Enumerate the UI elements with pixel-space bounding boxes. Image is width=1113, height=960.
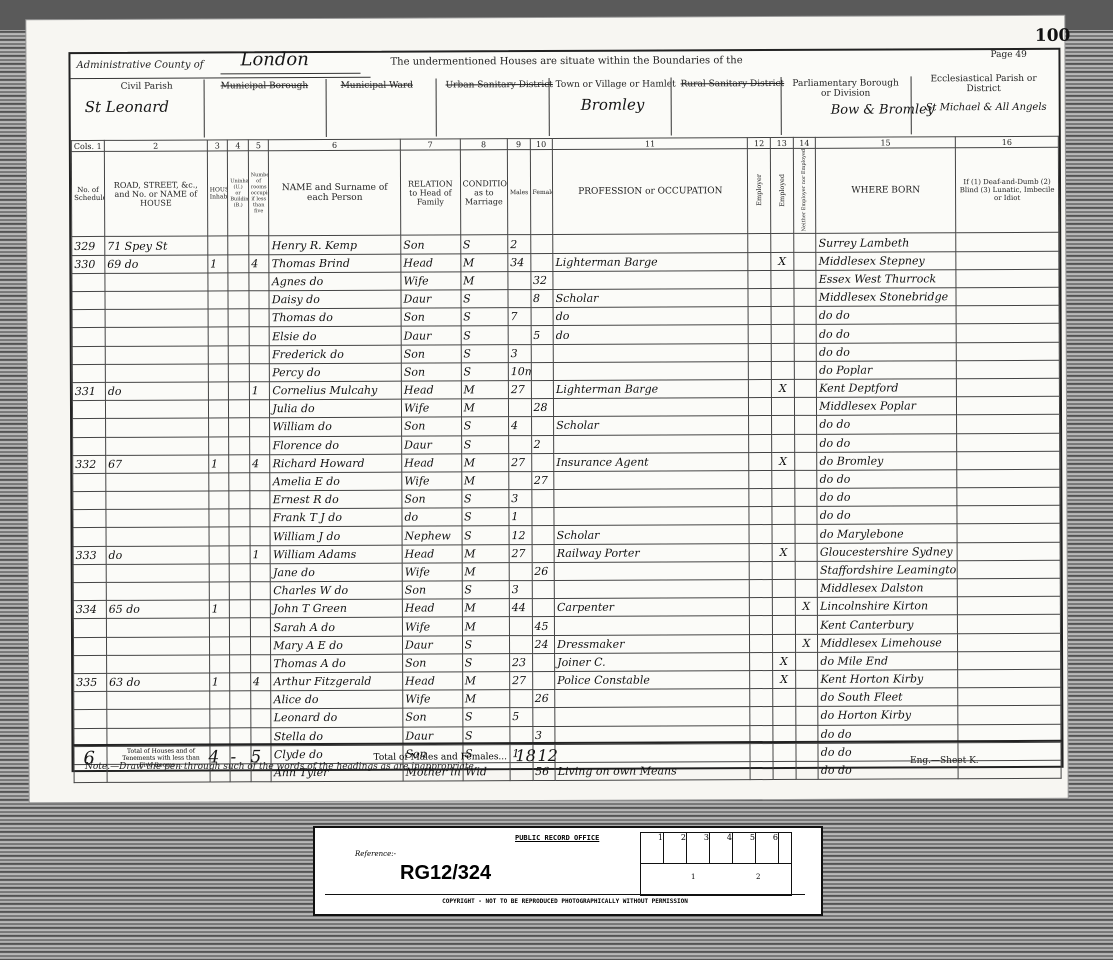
cell-rooms: [249, 400, 270, 418]
cell-rooms: [250, 582, 271, 600]
cell-rooms: [250, 509, 271, 527]
cell-condition: M: [461, 381, 508, 399]
cell-empty: [956, 251, 1059, 270]
cell-female-age: [531, 380, 554, 398]
cell-born: Middlesex Dalston: [818, 579, 958, 598]
cell-male-age: 44: [509, 599, 532, 617]
cell-relation: Head: [402, 599, 462, 617]
cell-born: do Horton Kirby: [818, 706, 958, 725]
cell-inhabited: [208, 309, 229, 327]
admin-county-label: Administrative County of: [76, 59, 203, 71]
cell-occupation: Scholar: [553, 289, 748, 308]
cell-name: Charles W do: [271, 581, 403, 600]
col-num-9: 9: [507, 139, 530, 150]
header-name: NAME and Surname of each Person: [269, 150, 401, 236]
cell-empty: [956, 360, 1059, 379]
cell-occupation: Scholar: [554, 416, 749, 435]
header-address: ROAD, STREET, &c., and No. or NAME of HO…: [104, 151, 207, 237]
cell-condition: S: [462, 653, 509, 671]
cell-name: Thomas Brind: [269, 254, 401, 273]
cell-address: [106, 509, 209, 528]
cell-address: [107, 709, 210, 728]
cell-relation: Son: [402, 581, 462, 599]
cell-employed: X: [773, 652, 796, 670]
cell-empty: [228, 254, 249, 272]
cell-schedule: [72, 273, 105, 291]
cell-empty: [228, 236, 249, 254]
cell-relation: Head: [401, 381, 461, 399]
header-infirmity: If (1) Deaf-and-Dumb (2) Blind (3) Lunat…: [955, 147, 1058, 233]
header-occupation: PROFESSION or OCCUPATION: [552, 149, 748, 235]
cell-employer: [750, 543, 773, 561]
cell-male-age: 5: [510, 708, 533, 726]
cell-condition: S: [461, 435, 508, 453]
header-schedule: No. of Schedule: [71, 151, 104, 237]
cell-relation: Wife: [401, 272, 461, 290]
cell-employed: [772, 434, 795, 452]
cell-neither: [794, 307, 817, 325]
col-num-15: 15: [816, 137, 956, 149]
col-num-13: 13: [770, 137, 793, 148]
col-num-1: Cols. 1: [71, 140, 104, 151]
cell-occupation: [553, 361, 748, 380]
cell-empty: [957, 524, 1060, 543]
cell-neither: [794, 288, 817, 306]
cell-employed: X: [772, 452, 795, 470]
cell-born: do Marylebone: [817, 524, 957, 543]
col-num-4: 4: [228, 140, 249, 151]
cell-address: [105, 364, 208, 383]
cell-employed: [771, 234, 794, 252]
cell-female-age: 26: [532, 690, 555, 708]
cell-empty: [230, 600, 251, 618]
cell-neither: [795, 561, 818, 579]
cell-female-age: [532, 544, 555, 562]
cell-name: Amelia E do: [270, 472, 402, 491]
cell-employed: [772, 525, 795, 543]
town-value: Bromley: [581, 96, 645, 114]
town-label: Town or Village or Hamlet: [556, 79, 676, 90]
cell-neither: [794, 325, 817, 343]
cell-empty: [228, 273, 249, 291]
page-label: Page 49: [990, 50, 1026, 60]
cell-empty: [958, 633, 1061, 652]
cell-name: Thomas A do: [271, 654, 403, 673]
cell-inhabited: [209, 509, 230, 527]
municipal-borough-label: Municipal Borough: [221, 81, 309, 91]
cell-empty: [229, 473, 250, 491]
cell-male-age: [509, 617, 532, 635]
cell-occupation: Police Constable: [555, 671, 750, 690]
cell-condition: S: [461, 417, 508, 435]
cell-condition: S: [462, 635, 509, 653]
cell-occupation: [554, 507, 749, 526]
cell-born: do do: [817, 415, 957, 434]
cell-condition: M: [461, 472, 508, 490]
cell-relation: Wife: [402, 472, 462, 490]
cell-inhabited: [209, 582, 230, 600]
cell-empty: [957, 487, 1060, 506]
cell-address: 63 do: [107, 673, 210, 692]
cell-empty: [956, 324, 1059, 343]
cell-occupation: Dressmaker: [555, 634, 750, 653]
cell-employer: [749, 434, 772, 452]
cell-female-age: 28: [531, 399, 554, 417]
cell-condition: S: [462, 708, 509, 726]
cell-rooms: [250, 600, 271, 618]
cell-occupation: Insurance Agent: [554, 452, 749, 471]
cell-address: 71 Spey St: [105, 236, 208, 255]
cell-inhabited: [208, 364, 229, 382]
header-employed: Employed: [770, 148, 793, 234]
cell-empty: [957, 560, 1060, 579]
cell-empty: [229, 491, 250, 509]
cell-address: [106, 437, 209, 456]
sheet-label: Eng.—Sheet K.: [910, 756, 979, 766]
cell-rooms: [249, 291, 270, 309]
cell-schedule: [73, 419, 106, 437]
cell-inhabited: 1: [208, 255, 229, 273]
cell-rooms: [251, 709, 272, 727]
cell-inhabited: [207, 236, 228, 254]
cell-name: Jane do: [271, 563, 403, 582]
cell-female-age: 5: [531, 326, 554, 344]
cell-condition: S: [461, 290, 508, 308]
cell-employer: [750, 598, 773, 616]
cell-born: Kent Horton Kirby: [818, 670, 958, 689]
cell-female-age: 8: [530, 290, 553, 308]
cell-male-age: 4: [508, 417, 531, 435]
cell-occupation: Lighterman Barge: [553, 380, 748, 399]
schedule-frame: Administrative County of London The unde…: [68, 48, 1063, 772]
cell-employed: [772, 507, 795, 525]
cell-male-age: [509, 471, 532, 489]
cell-name: Mary A E do: [271, 636, 403, 655]
cell-employed: [773, 689, 796, 707]
cell-inhabited: [210, 709, 231, 727]
cell-empty: [229, 564, 250, 582]
cell-inhabited: [208, 473, 229, 491]
cell-employed: [772, 561, 795, 579]
cell-name: John T Green: [271, 599, 403, 618]
cell-relation: Son: [403, 708, 463, 726]
cell-condition: S: [462, 508, 509, 526]
cell-empty: [228, 291, 249, 309]
cell-condition: M: [461, 399, 508, 417]
cell-condition: M: [460, 253, 507, 271]
cell-empty: [228, 309, 249, 327]
cell-neither: [794, 416, 817, 434]
cell-neither: [795, 525, 818, 543]
cell-condition: S: [461, 326, 508, 344]
cell-rooms: 1: [249, 382, 270, 400]
cell-occupation: Lighterman Barge: [553, 252, 748, 271]
cell-employer: [749, 416, 772, 434]
cell-neither: [795, 707, 818, 725]
cell-born: Middlesex Poplar: [817, 397, 957, 416]
cell-male-age: 2: [508, 235, 531, 253]
cell-empty: [956, 342, 1059, 361]
cell-employer: [749, 343, 772, 361]
col-num-14: 14: [793, 137, 816, 148]
cell-born: do do: [817, 433, 957, 452]
cell-born: do Bromley: [817, 451, 957, 470]
cell-rooms: [249, 418, 270, 436]
cell-employer: [749, 307, 772, 325]
cell-address: [106, 637, 209, 656]
cell-empty: [229, 545, 250, 563]
reference-label: Reference:-: [355, 850, 396, 858]
cell-empty: [957, 451, 1060, 470]
header-females: Females: [530, 149, 553, 235]
cell-employer: [748, 234, 771, 252]
parliamentary-value: Bow & Bromley: [831, 102, 935, 117]
cell-relation: Daur: [401, 290, 461, 308]
cell-male-age: 27: [508, 381, 531, 399]
cell-female-age: 26: [532, 562, 555, 580]
cell-female-age: [532, 581, 555, 599]
cell-neither: [794, 470, 817, 488]
cell-born: Kent Deptford: [817, 379, 957, 398]
cell-rooms: [250, 618, 271, 636]
cell-condition: M: [462, 544, 509, 562]
cell-condition: M: [461, 453, 508, 471]
cell-employer: [748, 270, 771, 288]
cell-schedule: [72, 328, 105, 346]
cell-employer: [749, 470, 772, 488]
cell-employed: X: [771, 379, 794, 397]
cell-born: Middlesex Stonebridge: [816, 288, 956, 307]
cell-inhabited: 1: [209, 600, 230, 618]
cell-employer: [749, 398, 772, 416]
cell-employer: [749, 507, 772, 525]
col-num-7: 7: [400, 139, 460, 150]
cell-occupation: [555, 689, 750, 708]
cell-schedule: 335: [74, 673, 107, 691]
cell-condition: M: [462, 617, 509, 635]
cell-employed: [772, 579, 795, 597]
cell-address: do: [105, 382, 208, 401]
col-num-11: 11: [552, 138, 747, 150]
cell-name: Daisy do: [269, 290, 401, 309]
cell-rooms: [250, 527, 271, 545]
col-num-8: 8: [460, 139, 507, 150]
cell-employer: [750, 634, 773, 652]
cell-male-age: 27: [510, 672, 533, 690]
cell-male-age: [509, 435, 532, 453]
cell-neither: [795, 543, 818, 561]
cell-occupation: Scholar: [554, 525, 749, 544]
cell-employed: X: [771, 252, 794, 270]
folio-number: 100: [1035, 26, 1071, 46]
cell-rooms: [249, 273, 270, 291]
cell-neither: [794, 397, 817, 415]
cell-female-age: [531, 453, 554, 471]
cell-address: [106, 582, 209, 601]
cell-schedule: 329: [72, 237, 105, 255]
cell-name: Alice do: [271, 690, 403, 709]
cell-female-age: 45: [532, 617, 555, 635]
cell-occupation: do: [553, 325, 748, 344]
cell-inhabited: [209, 527, 230, 545]
cell-empty: [230, 636, 251, 654]
cell-condition: S: [461, 490, 508, 508]
cell-male-age: [508, 399, 531, 417]
cell-name: Richard Howard: [270, 454, 402, 473]
scale-ruler: 1 2 3 4 5 6 1 2: [640, 832, 792, 896]
cell-schedule: [73, 637, 106, 655]
cell-female-age: 2: [531, 435, 554, 453]
cell-inhabited: [208, 400, 229, 418]
cell-address: [105, 327, 208, 346]
cell-empty: [230, 691, 251, 709]
cell-employer: [748, 252, 771, 270]
cell-employer: [749, 452, 772, 470]
cell-neither: [793, 252, 816, 270]
cell-inhabited: [209, 491, 230, 509]
header-inhabited: HOUSES Inhabited: [207, 151, 228, 237]
intro-text: The undermentioned Houses are situate wi…: [390, 55, 742, 68]
cell-neither: X: [795, 598, 818, 616]
cell-empty: [228, 327, 249, 345]
cell-employed: [771, 361, 794, 379]
cell-empty: [229, 527, 250, 545]
cell-condition: M: [462, 690, 509, 708]
header-rooms: Number of rooms occupied if less than fi…: [248, 151, 269, 237]
cell-employed: [771, 307, 794, 325]
cell-name: Henry R. Kemp: [269, 236, 401, 255]
cell-neither: [795, 652, 818, 670]
pro-reference-label: PUBLIC RECORD OFFICE Reference:- RG12/32…: [313, 826, 823, 916]
cell-address: [106, 491, 209, 510]
cell-employer: [748, 289, 771, 307]
cell-condition: S: [461, 362, 508, 380]
cell-address: [105, 418, 208, 437]
cell-name: William Adams: [270, 545, 402, 564]
cell-employed: X: [772, 543, 795, 561]
cell-employed: [773, 707, 796, 725]
cell-rooms: [250, 473, 271, 491]
cell-inhabited: 1: [208, 455, 229, 473]
cell-neither: [794, 434, 817, 452]
cell-schedule: [73, 473, 106, 491]
cell-schedule: [73, 437, 106, 455]
cell-relation: Son: [402, 417, 462, 435]
cell-male-age: 3: [509, 581, 532, 599]
cell-employed: [773, 634, 796, 652]
cell-name: William do: [270, 417, 402, 436]
cell-empty: [229, 455, 250, 473]
cell-neither: [794, 270, 817, 288]
cell-occupation: Carpenter: [554, 598, 749, 617]
cell-schedule: [73, 619, 106, 637]
cell-empty: [957, 415, 1060, 434]
cell-empty: [957, 469, 1060, 488]
cell-male-age: 7: [508, 308, 531, 326]
col-num-10: 10: [530, 138, 553, 149]
cell-schedule: [74, 655, 107, 673]
cell-rooms: [250, 491, 271, 509]
cell-address: [107, 691, 210, 710]
cell-empty: [956, 233, 1059, 252]
cell-empty: [957, 578, 1060, 597]
cell-female-age: [532, 708, 555, 726]
cell-inhabited: [209, 691, 230, 709]
cell-schedule: [72, 291, 105, 309]
cell-inhabited: [208, 273, 229, 291]
cell-employer: [750, 580, 773, 598]
header-condition: CONDITION as to Marriage: [460, 150, 508, 236]
header-employer: Employer: [748, 149, 771, 235]
cell-occupation: [554, 580, 749, 599]
cell-employer: [749, 361, 772, 379]
cell-born: do do: [817, 488, 957, 507]
cell-address: [105, 291, 208, 310]
cell-address: [105, 273, 208, 292]
col-num-5: 5: [248, 140, 269, 151]
cell-female-age: [531, 308, 554, 326]
cell-employer: [750, 670, 773, 688]
cell-schedule: 331: [72, 382, 105, 400]
cell-female-age: [532, 599, 555, 617]
cell-relation: Son: [401, 363, 461, 381]
cell-relation: Daur: [402, 435, 462, 453]
ecclesiastical-label: Ecclesiastical Parish or District: [919, 74, 1049, 95]
cell-born: do do: [816, 306, 956, 325]
cell-employed: X: [773, 670, 796, 688]
cell-neither: [795, 507, 818, 525]
footer-note: Note.—Draw the pen through such of the w…: [85, 762, 477, 772]
col-num-3: 3: [207, 140, 228, 151]
cell-schedule: 334: [73, 601, 106, 619]
cell-schedule: 330: [72, 255, 105, 273]
ecclesiastical-value: St Michael & All Angels: [926, 102, 1047, 114]
cell-male-age: [508, 326, 531, 344]
cell-relation: Wife: [402, 563, 462, 581]
cell-rooms: [249, 363, 270, 381]
cell-condition: M: [462, 599, 509, 617]
cell-inhabited: [209, 618, 230, 636]
cell-empty: [229, 382, 250, 400]
cell-employed: [771, 343, 794, 361]
cell-empty: [230, 709, 251, 727]
cell-male-age: [509, 635, 532, 653]
cell-employed: [772, 598, 795, 616]
cell-schedule: [73, 582, 106, 600]
census-table: Cols. 1 2 3 4 5 6 7 8 9 10 11 12 13 14 1…: [71, 136, 1062, 783]
cell-female-age: [531, 344, 554, 362]
cell-employed: [771, 325, 794, 343]
cell-empty: [957, 433, 1060, 452]
cell-empty: [957, 542, 1060, 561]
cell-address: 69 do: [105, 255, 208, 274]
cell-occupation: [553, 270, 748, 289]
cell-relation: Daur: [402, 635, 462, 653]
cell-neither: [795, 579, 818, 597]
cell-female-age: [531, 490, 554, 508]
cell-name: Frank T J do: [270, 508, 402, 527]
cell-born: do Poplar: [817, 360, 957, 379]
cell-born: Middlesex Limehouse: [818, 633, 958, 652]
cell-occupation: Joiner C.: [555, 652, 750, 671]
cell-born: do do: [816, 324, 956, 343]
cell-female-age: [531, 417, 554, 435]
cell-address: 67: [106, 455, 209, 474]
cell-empty: [956, 378, 1059, 397]
cell-relation: Daur: [401, 326, 461, 344]
civil-parish-label: Civil Parish: [121, 82, 173, 92]
col-num-12: 12: [748, 138, 771, 149]
